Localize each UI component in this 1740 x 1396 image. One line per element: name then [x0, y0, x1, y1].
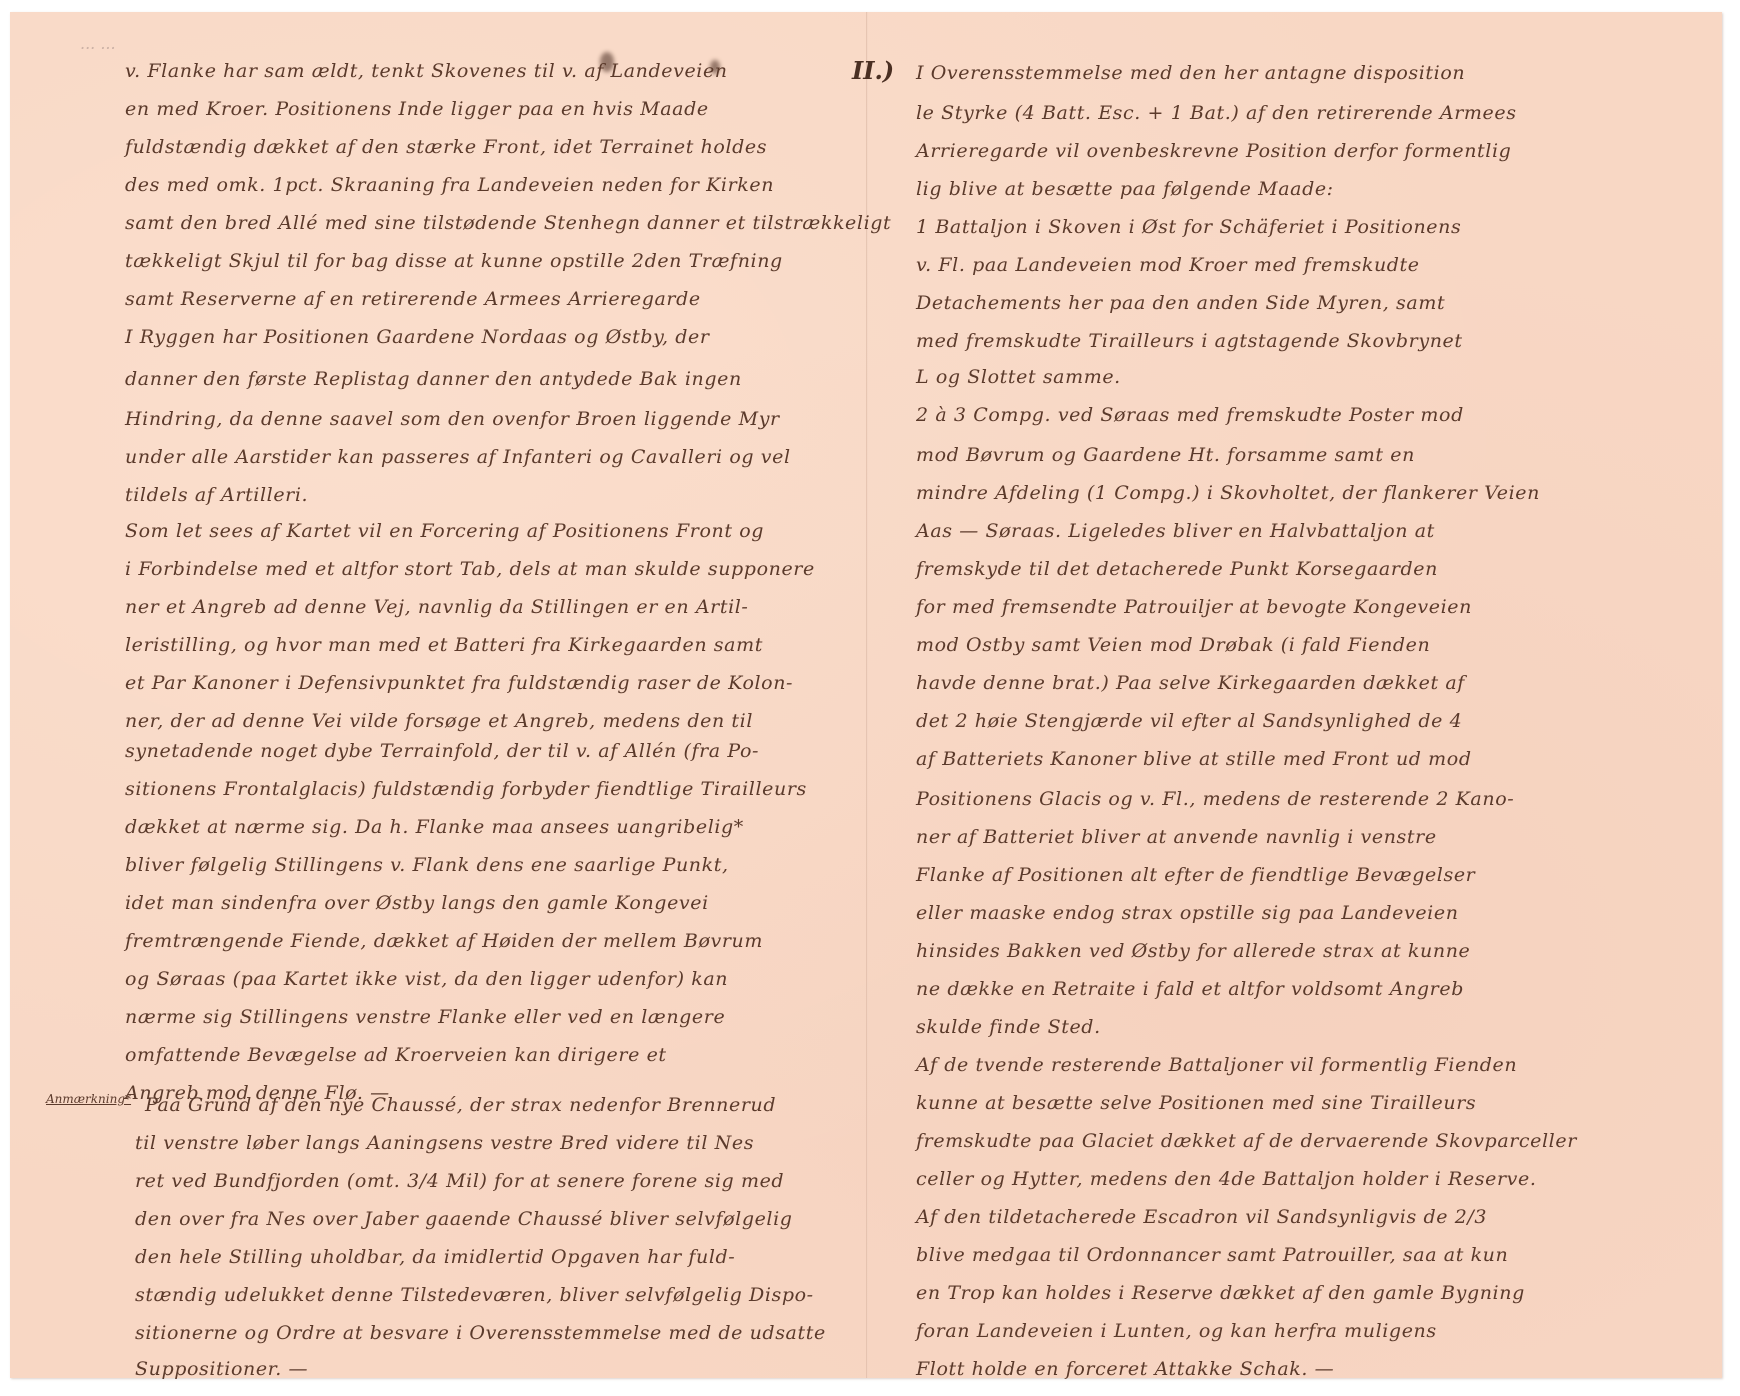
- text-line: eller maaske endog strax opstille sig pa…: [916, 902, 1459, 924]
- text-line: leristilling, og hvor man med et Batteri…: [125, 634, 763, 656]
- text-line: stændig udelukket denne Tilstedeværen, b…: [135, 1284, 814, 1306]
- text-line: idet man sindenfra over Østby langs den …: [125, 892, 709, 914]
- text-line: ner et Angreb ad denne Vej, navnlig da S…: [125, 596, 748, 618]
- text-line: sitionens Frontalglacis) fuldstændig for…: [125, 778, 807, 800]
- text-line: mod Ostby samt Veien mod Drøbak (i fald …: [916, 634, 1430, 656]
- text-line: des med omk. 1pct. Skraaning fra Landeve…: [125, 174, 774, 196]
- text-line: foran Landeveien i Lunten, og kan herfra…: [916, 1320, 1437, 1342]
- text-line: kunne at besætte selve Positionen med si…: [916, 1092, 1476, 1114]
- text-line: af Batteriets Kanoner blive at stille me…: [916, 748, 1472, 770]
- text-line: tækkeligt Skjul til for bag disse at kun…: [125, 250, 783, 272]
- text-line: 1 Battaljon i Skoven i Øst for Schäferie…: [916, 216, 1461, 238]
- text-line: ret ved Bundfjorden (omt. 3/4 Mil) for a…: [135, 1170, 784, 1192]
- text-line: synetadende noget dybe Terrainfold, der …: [125, 740, 759, 762]
- text-line: Flott holde en forceret Attakke Schak. —: [916, 1358, 1334, 1380]
- text-line: havde denne brat.) Paa selve Kirkegaarde…: [916, 672, 1465, 694]
- text-line: Arrieregarde vil ovenbeskrevne Position …: [916, 140, 1511, 162]
- text-line: blive medgaa til Ordonnancer samt Patrou…: [916, 1244, 1508, 1266]
- text-line: dækket at nærme sig. Da h. Flanke maa an…: [125, 816, 744, 838]
- text-line: for med fremsendte Patrouiljer at bevogt…: [916, 596, 1472, 618]
- text-line: Suppositioner. —: [135, 1358, 308, 1380]
- right-page: II.) I Overensstemmelse med den her anta…: [868, 12, 1722, 1378]
- left-page: ... ... v. Flanke har sam ældt, tenkt Sk…: [10, 12, 866, 1378]
- text-line: Detachements her paa den anden Side Myre…: [916, 292, 1445, 314]
- text-line: lig blive at besætte paa følgende Maade:: [916, 178, 1334, 200]
- text-line: L og Slottet samme.: [916, 366, 1121, 388]
- text-line: sitionerne og Ordre at besvare i Overens…: [135, 1322, 826, 1344]
- text-line: Paa Grund af den nye Chaussé, der strax …: [145, 1094, 776, 1116]
- text-line: 2 à 3 Compg. ved Søraas med fremskudte P…: [916, 404, 1464, 426]
- text-line: hinsides Bakken ved Østby for allerede s…: [916, 940, 1470, 962]
- faded-header-note: ... ...: [80, 34, 116, 53]
- text-line: I Ryggen har Positionen Gaardene Nordaas…: [125, 326, 710, 348]
- text-line: fuldstændig dækket af den stærke Front, …: [125, 136, 767, 158]
- text-line: samt den bred Allé med sine tilstødende …: [125, 212, 891, 234]
- text-line: med fremskudte Tirailleurs i agtstagende…: [916, 330, 1463, 352]
- text-line: en Trop kan holdes i Reserve dækket af d…: [916, 1282, 1525, 1304]
- text-line: Flanke af Positionen alt efter de fiendt…: [916, 864, 1475, 886]
- text-line: tildels af Artilleri.: [125, 484, 308, 506]
- text-line: v. Flanke har sam ældt, tenkt Skovenes t…: [125, 60, 728, 82]
- margin-annotation: Anmærkning*: [46, 1092, 131, 1106]
- text-line: fremtrængende Fiende, dækket af Høiden d…: [125, 930, 763, 952]
- text-line: mindre Afdeling (1 Compg.) i Skovholtet,…: [916, 482, 1540, 504]
- text-line: et Par Kanoner i Defensivpunktet fra ful…: [125, 672, 793, 694]
- text-line: i Forbindelse med et altfor stort Tab, d…: [125, 558, 815, 580]
- text-line: ner af Batteriet bliver at anvende navnl…: [916, 826, 1437, 848]
- text-line: I Overensstemmelse med den her antagne d…: [916, 62, 1465, 84]
- text-line: Som let sees af Kartet vil en Forcering …: [125, 520, 764, 542]
- text-line: le Styrke (4 Batt. Esc. + 1 Bat.) af den…: [916, 102, 1517, 124]
- text-line: fremskyde til det detacherede Punkt Kors…: [916, 558, 1438, 580]
- text-line: ner, der ad denne Vei vilde forsøge et A…: [125, 710, 753, 732]
- text-line: Af de tvende resterende Battaljoner vil …: [916, 1054, 1517, 1076]
- text-line: Positionens Glacis og v. Fl., medens de …: [916, 788, 1514, 810]
- text-line: den over fra Nes over Jaber gaaende Chau…: [135, 1208, 793, 1230]
- text-line: Af den tildetacherede Escadron vil Sands…: [916, 1206, 1487, 1228]
- text-line: skulde finde Sted.: [916, 1016, 1101, 1038]
- text-line: det 2 høie Stengjærde vil efter al Sands…: [916, 710, 1462, 732]
- text-line: samt Reserverne af en retirerende Armees…: [125, 288, 701, 310]
- text-line: og Søraas (paa Kartet ikke vist, da den …: [125, 968, 728, 990]
- text-line: fremskudte paa Glaciet dækket af de derv…: [916, 1130, 1577, 1152]
- text-line: bliver følgelig Stillingens v. Flank den…: [125, 854, 729, 876]
- section-number: II.): [852, 56, 894, 85]
- text-line: den hele Stilling uholdbar, da imidlerti…: [135, 1246, 735, 1268]
- text-line: under alle Aarstider kan passeres af Inf…: [125, 446, 791, 468]
- text-line: Aas — Søraas. Ligeledes bliver en Halvba…: [916, 520, 1435, 542]
- text-line: til venstre løber langs Aaningsens vestr…: [135, 1132, 754, 1154]
- text-line: nærme sig Stillingens venstre Flanke ell…: [125, 1006, 725, 1028]
- text-line: omfattende Bevægelse ad Kroerveien kan d…: [125, 1044, 667, 1066]
- text-line: ne dække en Retraite i fald et altfor vo…: [916, 978, 1464, 1000]
- text-line: mod Bøvrum og Gaardene Ht. forsamme samt…: [916, 444, 1415, 466]
- manuscript-sheet: ... ... v. Flanke har sam ældt, tenkt Sk…: [10, 12, 1722, 1378]
- text-line: danner den første Replistag danner den a…: [125, 368, 742, 390]
- text-line: Hindring, da denne saavel som den ovenfo…: [125, 408, 780, 430]
- text-line: en med Kroer. Positionens Inde ligger pa…: [125, 98, 709, 120]
- text-line: celler og Hytter, medens den 4de Battalj…: [916, 1168, 1536, 1190]
- text-line: v. Fl. paa Landeveien mod Kroer med frem…: [916, 254, 1420, 276]
